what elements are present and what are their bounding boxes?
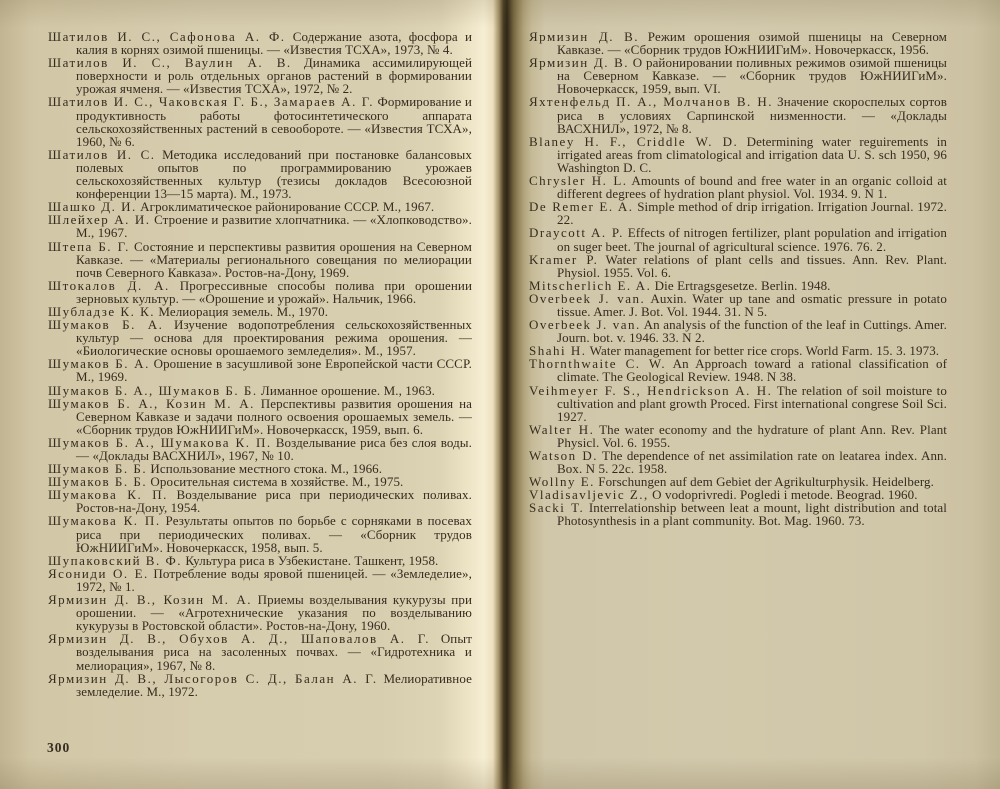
bibliography-entry: Kramer P. Water relations of plant cells… [529,253,947,279]
entry-text: Water relations of plant cells and tissu… [557,252,947,280]
bibliography-entry: Шумакова К. П. Возделывание риса при пер… [48,488,472,514]
bibliography-entry: Шумаков Б. А., Шумакова К. П. Возделыван… [48,436,472,462]
right-page: Ярмизин Д. В. Режим орошения озимой пшен… [529,30,947,528]
entry-text: The water economy and the hydrature of p… [557,422,947,450]
left-page: Шатилов И. С., Сафонова А. Ф. Содержание… [48,30,472,698]
bibliography-entry: Watson D. The dependence of net assimila… [529,449,947,475]
bibliography-entry: Яхтенфельд П. А., Молчанов В. Н. Значени… [529,95,947,134]
bibliography-entry: Chrysler H. L. Amounts of bound and free… [529,174,947,200]
bibliography-entry: De Remer E. A. Simple method of drip irr… [529,200,947,226]
bibliography-entry: Шлейхер А. И. Строение и развитие хлопча… [48,213,472,239]
bibliography-entry: Шатилов И. С., Чаковская Г. Б., Замараев… [48,95,472,147]
bibliography-entry: Ярмизин Д. В., Козин М. А. Приемы воздел… [48,593,472,632]
bibliography-entry: Veihmeyer F. S., Hendrickson A. H. The r… [529,384,947,423]
entry-text: The dependence of net assimilation rate … [557,448,947,476]
bibliography-entry: Walter H. The water economy and the hydr… [529,423,947,449]
entry-text: Состояние и перспективы развития орошени… [76,239,472,280]
bibliography-entry: Шумаков Б. А. Орошение в засушливой зоне… [48,357,472,383]
left-page-entries: Шатилов И. С., Сафонова А. Ф. Содержание… [48,30,472,698]
bibliography-entry: Overbeek J. van. Auxin. Water up tane an… [529,292,947,318]
bibliography-entry: Шумаков Б. А., Козин М. А. Перспективы р… [48,397,472,436]
entry-text: Interrelationship between leat a mount, … [557,500,947,528]
bibliography-entry: Draycott A. P. Effects of nitrogen ferti… [529,226,947,252]
page-number: 300 [47,740,70,756]
right-page-entries: Ярмизин Д. В. Режим орошения озимой пшен… [529,30,947,528]
bibliography-entry: Blaney H. F., Criddle W. D. Determining … [529,135,947,174]
bibliography-entry: Шумакова К. П. Результаты опытов по борь… [48,514,472,553]
bibliography-entry: Ясониди О. Е. Потребление воды яровой пш… [48,567,472,593]
entry-author: De Remer E. A. [529,199,634,214]
bibliography-entry: Шумаков Б. А. Изучение водопотребления с… [48,318,472,357]
bibliography-entry: Шатилов И. С., Ваулин А. В. Динамика асс… [48,56,472,95]
bibliography-entry: Ярмизин Д. В., Лысогоров С. Д., Балан А.… [48,672,472,698]
bibliography-entry: Штепа Б. Г. Состояние и перспективы разв… [48,240,472,279]
bibliography-entry: Шатилов И. С. Методика исследований при … [48,148,472,200]
bibliography-entry: Ярмизин Д. В. Режим орошения озимой пшен… [529,30,947,56]
bibliography-entry: Ярмизин Д. В. О районировании поливных р… [529,56,947,95]
bibliography-entry: Thornthwaite C. W. An Approach toward a … [529,357,947,383]
bibliography-entry: Ярмизин Д. В., Обухов А. Д., Шаповалов А… [48,632,472,671]
bibliography-entry: Штокалов Д. А. Прогрессивные способы пол… [48,279,472,305]
bibliography-entry: Sacki T. Interrelationship between leat … [529,501,947,527]
bibliography-entry: Overbeek J. van. An analysis of the func… [529,318,947,344]
bibliography-entry: Шатилов И. С., Сафонова А. Ф. Содержание… [48,30,472,56]
